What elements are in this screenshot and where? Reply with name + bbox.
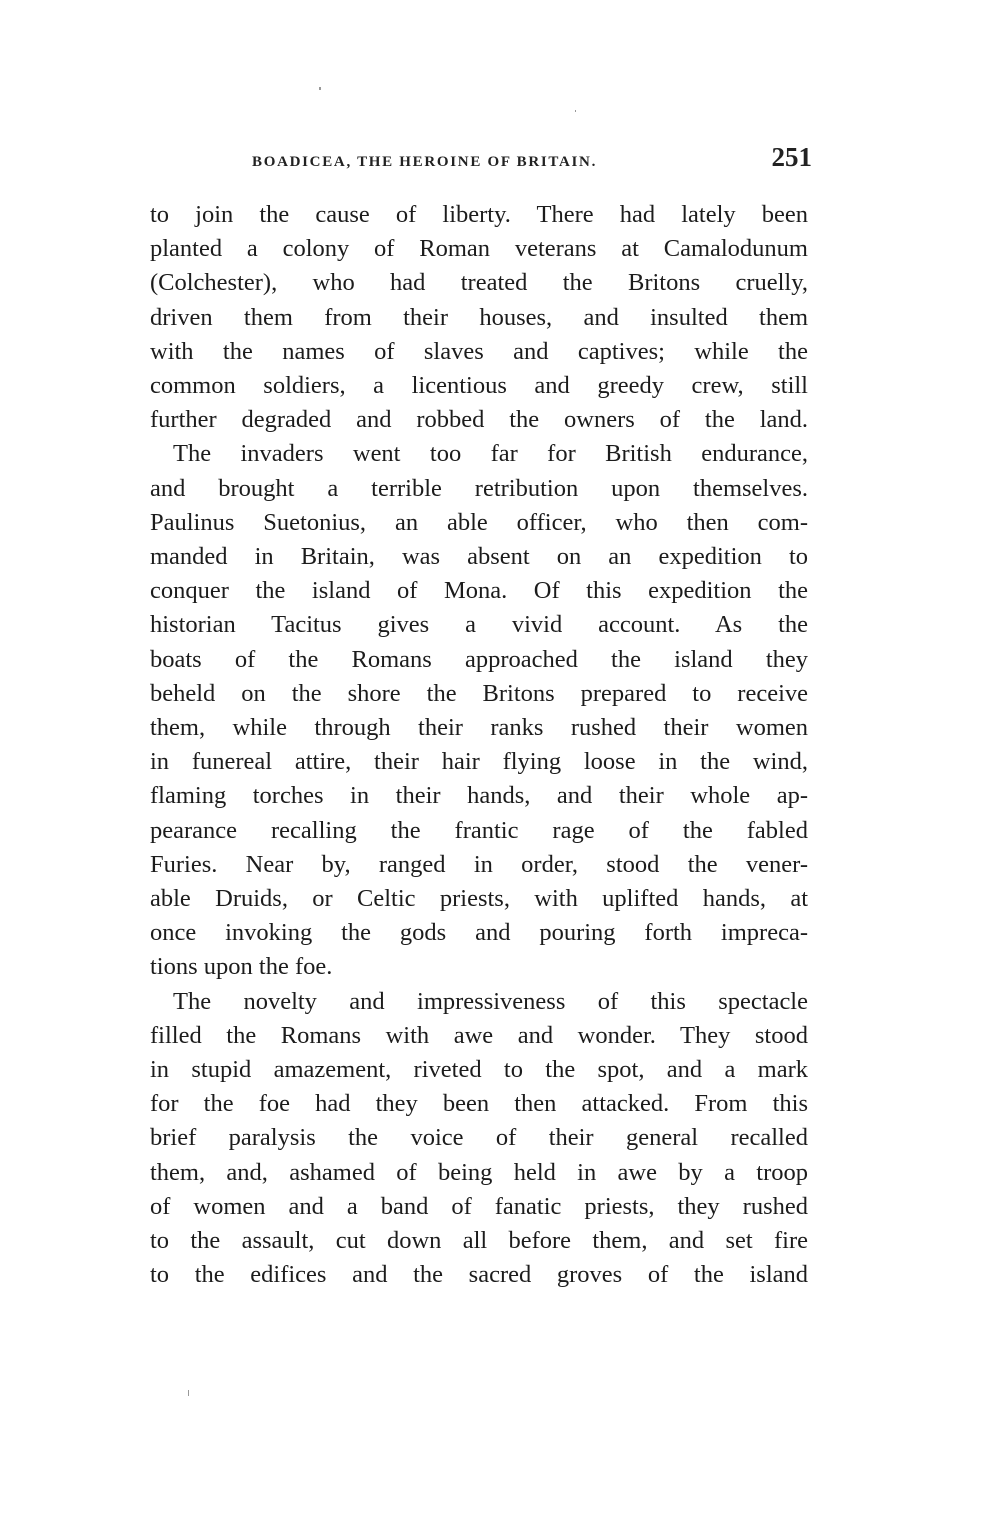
page-number: 251 (772, 142, 813, 173)
text-line: manded in Britain, was absent on an expe… (150, 540, 808, 574)
running-head: BOADICEA, THE HEROINE OF BRITAIN. 251 (252, 142, 812, 182)
text-line: further degraded and robbed the owners o… (150, 403, 808, 437)
text-line: flaming torches in their hands, and thei… (150, 779, 808, 813)
paragraph-2: The invaders went too far for British en… (150, 437, 808, 984)
text-line: The invaders went too far for British en… (150, 437, 808, 471)
text-line: historian Tacitus gives a vivid account.… (150, 608, 808, 642)
text-line: and brought a terrible retribution upon … (150, 472, 808, 506)
text-line: Paulinus Suetonius, an able officer, who… (150, 506, 808, 540)
text-line: in funereal attire, their hair flying lo… (150, 745, 808, 779)
text-line: The novelty and impressiveness of this s… (150, 985, 808, 1019)
text-line: once invoking the gods and pouring forth… (150, 916, 808, 950)
text-line: with the names of slaves and captives; w… (150, 335, 808, 369)
scan-speck (575, 110, 576, 112)
text-line: for the foe had they been then attacked.… (150, 1087, 808, 1121)
text-line: of women and a band of fanatic priests, … (150, 1190, 808, 1224)
book-page: BOADICEA, THE HEROINE OF BRITAIN. 251 to… (0, 0, 1000, 1516)
scan-speck (319, 87, 321, 90)
text-line: able Druids, or Celtic priests, with upl… (150, 882, 808, 916)
text-line: planted a colony of Roman veterans at Ca… (150, 232, 808, 266)
paragraph-1: to join the cause of liberty. There had … (150, 198, 808, 437)
text-line: beheld on the shore the Britons prepared… (150, 677, 808, 711)
text-line: driven them from their houses, and insul… (150, 301, 808, 335)
text-line: them, and, ashamed of being held in awe … (150, 1156, 808, 1190)
text-line: (Colchester), who had treated the Briton… (150, 266, 808, 300)
running-title: BOADICEA, THE HEROINE OF BRITAIN. (252, 154, 597, 171)
scan-speck (188, 1390, 189, 1396)
text-line: to the assault, cut down all before them… (150, 1224, 808, 1258)
text-line: to join the cause of liberty. There had … (150, 198, 808, 232)
text-line: tions upon the foe. (150, 950, 808, 984)
text-line: filled the Romans with awe and wonder. T… (150, 1019, 808, 1053)
text-line: brief paralysis the voice of their gener… (150, 1121, 808, 1155)
body-text: to join the cause of liberty. There had … (150, 198, 808, 1293)
text-line: to the edifices and the sacred groves of… (150, 1258, 808, 1292)
text-line: Furies. Near by, ranged in order, stood … (150, 848, 808, 882)
text-line: in stupid amazement, riveted to the spot… (150, 1053, 808, 1087)
text-line: conquer the island of Mona. Of this expe… (150, 574, 808, 608)
text-line: common soldiers, a licentious and greedy… (150, 369, 808, 403)
paragraph-3: The novelty and impressiveness of this s… (150, 985, 808, 1293)
text-line: boats of the Romans approached the islan… (150, 643, 808, 677)
text-line: pearance recalling the frantic rage of t… (150, 814, 808, 848)
text-line: them, while through their ranks rushed t… (150, 711, 808, 745)
